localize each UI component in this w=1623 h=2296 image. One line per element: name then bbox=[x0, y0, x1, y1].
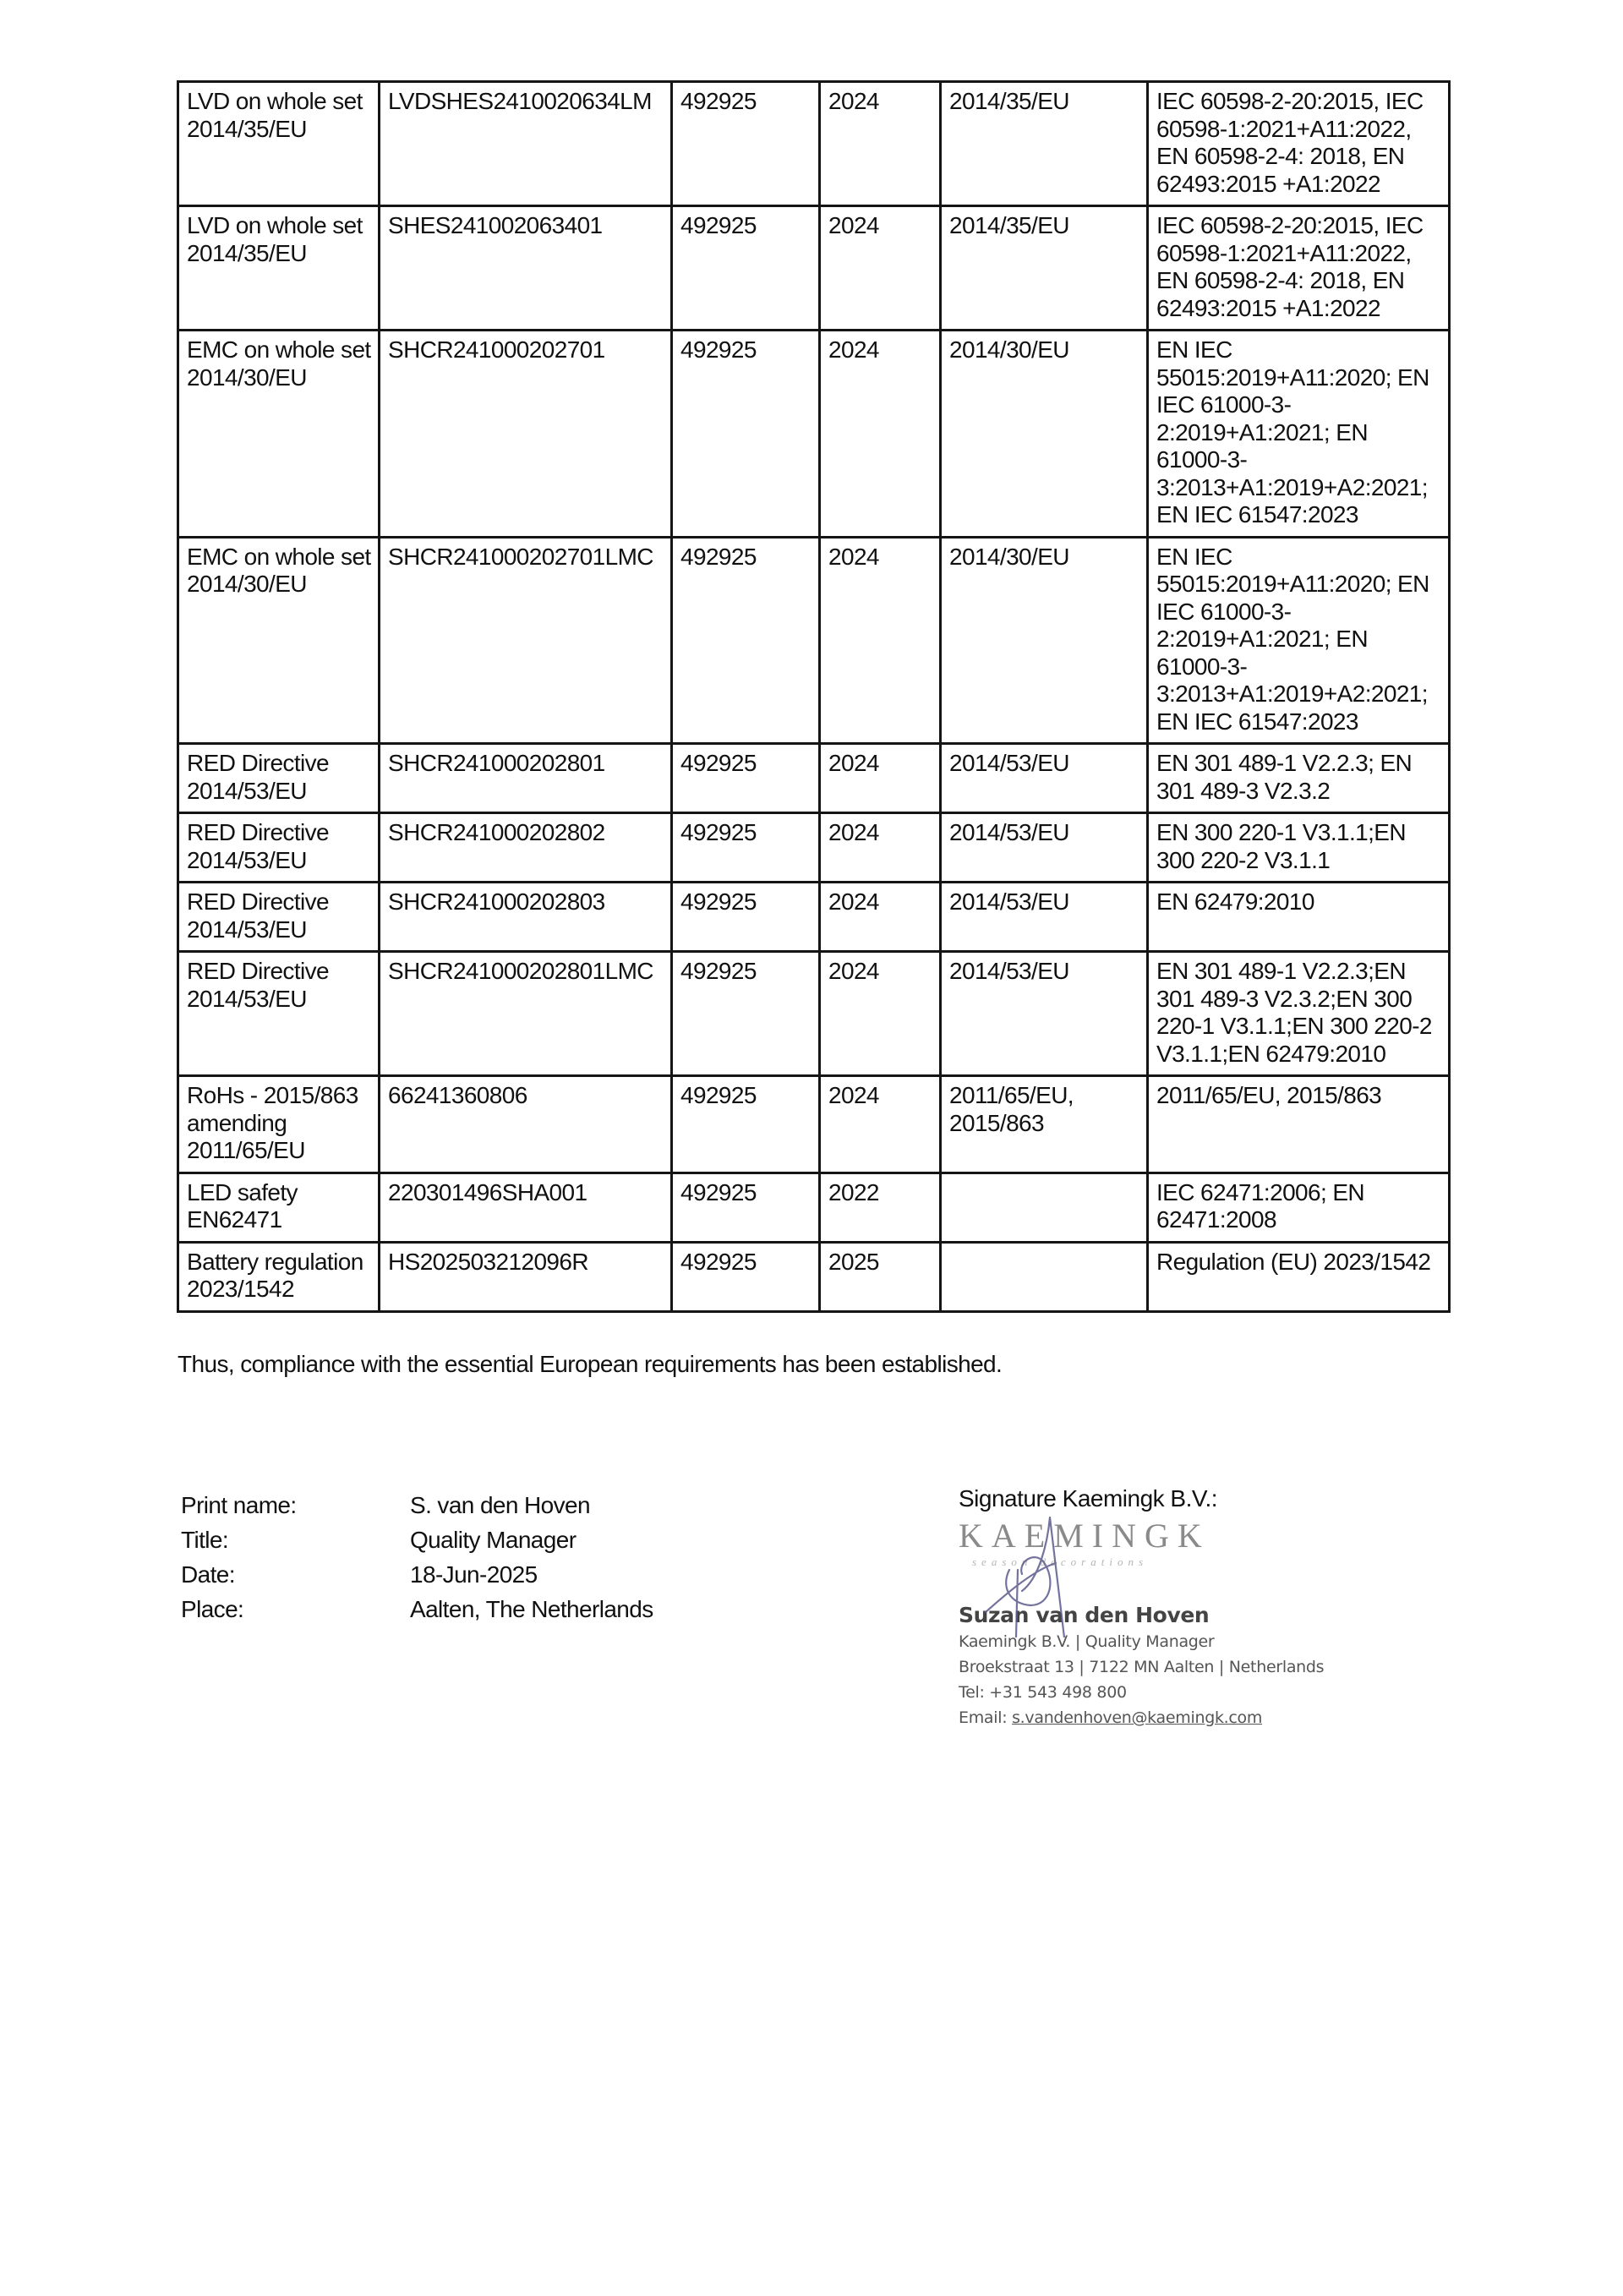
report-number-cell: SHCR241000202803 bbox=[380, 883, 672, 952]
signature-heading: Signature Kaemingk B.V.: bbox=[959, 1485, 1398, 1512]
year-cell: 2024 bbox=[820, 82, 941, 206]
title-row: Title: Quality Manager bbox=[181, 1527, 653, 1561]
item-number-cell: 492925 bbox=[672, 82, 820, 206]
email-link[interactable]: s.vandenhoven@kaemingk.com bbox=[1012, 1708, 1262, 1727]
standards-cell: 2011/65/EU, 2015/863 bbox=[1148, 1076, 1450, 1173]
directive-cell: EMC on whole set 2014/30/EU bbox=[178, 537, 380, 744]
directive-cell: RED Directive 2014/53/EU bbox=[178, 813, 380, 883]
print-name-label: Print name: bbox=[181, 1492, 410, 1519]
item-number-cell: 492925 bbox=[672, 331, 820, 538]
standards-cell: EN 301 489-1 V2.2.3;EN 301 489-3 V2.3.2;… bbox=[1148, 952, 1450, 1076]
standards-cell: IEC 60598-2-20:2015, IEC 60598-1:2021+A1… bbox=[1148, 206, 1450, 331]
table-row: Battery regulation 2023/1542 HS202503212… bbox=[178, 1242, 1450, 1311]
email-label: Email: bbox=[959, 1708, 1012, 1727]
item-number-cell: 492925 bbox=[672, 883, 820, 952]
regulation-cell: 2014/30/EU bbox=[941, 537, 1148, 744]
standards-cell: Regulation (EU) 2023/1542 bbox=[1148, 1242, 1450, 1311]
table-row: LED safety EN62471 220301496SHA001 49292… bbox=[178, 1173, 1450, 1242]
company-logo: KAEMINGK bbox=[959, 1517, 1398, 1555]
report-number-cell: SHCR241000202701LMC bbox=[380, 537, 672, 744]
signer-address: Broekstraat 13 | 7122 MN Aalten | Nether… bbox=[959, 1654, 1398, 1680]
regulation-cell bbox=[941, 1242, 1148, 1311]
report-number-cell: 220301496SHA001 bbox=[380, 1173, 672, 1242]
report-number-cell: HS202503212096R bbox=[380, 1242, 672, 1311]
year-cell: 2024 bbox=[820, 537, 941, 744]
standards-cell: EN 62479:2010 bbox=[1148, 883, 1450, 952]
item-number-cell: 492925 bbox=[672, 744, 820, 813]
regulation-cell: 2014/53/EU bbox=[941, 744, 1148, 813]
standards-cell: IEC 62471:2006; EN 62471:2008 bbox=[1148, 1173, 1450, 1242]
year-cell: 2025 bbox=[820, 1242, 941, 1311]
signer-phone: Tel: +31 543 498 800 bbox=[959, 1680, 1398, 1705]
directive-cell: EMC on whole set 2014/30/EU bbox=[178, 331, 380, 538]
table-row: RED Directive 2014/53/EU SHCR24100020280… bbox=[178, 813, 1450, 883]
standards-cell: IEC 60598-2-20:2015, IEC 60598-1:2021+A1… bbox=[1148, 82, 1450, 206]
place-row: Place: Aalten, The Netherlands bbox=[181, 1596, 653, 1631]
item-number-cell: 492925 bbox=[672, 537, 820, 744]
report-number-cell: SHES241002063401 bbox=[380, 206, 672, 331]
item-number-cell: 492925 bbox=[672, 813, 820, 883]
regulation-cell: 2011/65/EU, 2015/863 bbox=[941, 1076, 1148, 1173]
table-row: RED Directive 2014/53/EU SHCR24100020280… bbox=[178, 744, 1450, 813]
table-row: EMC on whole set 2014/30/EU SHCR24100020… bbox=[178, 331, 1450, 538]
year-cell: 2024 bbox=[820, 952, 941, 1076]
year-cell: 2024 bbox=[820, 206, 941, 331]
compliance-statement: Thus, compliance with the essential Euro… bbox=[178, 1351, 1002, 1378]
regulation-cell bbox=[941, 1173, 1148, 1242]
standards-cell: EN IEC 55015:2019+A11:2020; EN IEC 61000… bbox=[1148, 331, 1450, 538]
place-value: Aalten, The Netherlands bbox=[410, 1596, 653, 1623]
directive-cell: Battery regulation 2023/1542 bbox=[178, 1242, 380, 1311]
signer-name: Suzan van den Hoven bbox=[959, 1602, 1398, 1629]
company-logo-tagline: season decorations bbox=[972, 1555, 1398, 1570]
signer-email-row: Email: s.vandenhoven@kaemingk.com bbox=[959, 1705, 1398, 1730]
title-value: Quality Manager bbox=[410, 1527, 576, 1554]
report-number-cell: SHCR241000202801LMC bbox=[380, 952, 672, 1076]
directive-cell: RED Directive 2014/53/EU bbox=[178, 883, 380, 952]
directive-cell: RED Directive 2014/53/EU bbox=[178, 744, 380, 813]
directive-cell: RoHs - 2015/863 amending 2011/65/EU bbox=[178, 1076, 380, 1173]
regulation-cell: 2014/35/EU bbox=[941, 206, 1148, 331]
print-name-row: Print name: S. van den Hoven bbox=[181, 1492, 653, 1527]
report-number-cell: SHCR241000202701 bbox=[380, 331, 672, 538]
directive-cell: LED safety EN62471 bbox=[178, 1173, 380, 1242]
report-number-cell: LVDSHES2410020634LM bbox=[380, 82, 672, 206]
regulation-cell: 2014/53/EU bbox=[941, 952, 1148, 1076]
year-cell: 2024 bbox=[820, 1076, 941, 1173]
signer-company-role: Kaemingk B.V. | Quality Manager bbox=[959, 1629, 1398, 1654]
report-number-cell: SHCR241000202801 bbox=[380, 744, 672, 813]
table-row: RED Directive 2014/53/EU SHCR24100020280… bbox=[178, 883, 1450, 952]
table-row: RoHs - 2015/863 amending 2011/65/EU 6624… bbox=[178, 1076, 1450, 1173]
standards-cell: EN 300 220-1 V3.1.1;EN 300 220-2 V3.1.1 bbox=[1148, 813, 1450, 883]
print-name-value: S. van den Hoven bbox=[410, 1492, 590, 1519]
date-row: Date: 18-Jun-2025 bbox=[181, 1561, 653, 1596]
report-number-cell: SHCR241000202802 bbox=[380, 813, 672, 883]
certificate-table-body: LVD on whole set 2014/35/EU LVDSHES24100… bbox=[178, 82, 1450, 1312]
signatory-info: Print name: S. van den Hoven Title: Qual… bbox=[181, 1492, 653, 1631]
table-row: LVD on whole set 2014/35/EU SHES24100206… bbox=[178, 206, 1450, 331]
item-number-cell: 492925 bbox=[672, 1242, 820, 1311]
year-cell: 2022 bbox=[820, 1173, 941, 1242]
directive-cell: LVD on whole set 2014/35/EU bbox=[178, 206, 380, 331]
year-cell: 2024 bbox=[820, 813, 941, 883]
standards-cell: EN IEC 55015:2019+A11:2020; EN IEC 61000… bbox=[1148, 537, 1450, 744]
title-label: Title: bbox=[181, 1527, 410, 1554]
standards-cell: EN 301 489-1 V2.2.3; EN 301 489-3 V2.3.2 bbox=[1148, 744, 1450, 813]
date-label: Date: bbox=[181, 1561, 410, 1588]
place-label: Place: bbox=[181, 1596, 410, 1623]
report-number-cell: 66241360806 bbox=[380, 1076, 672, 1173]
table-row: EMC on whole set 2014/30/EU SHCR24100020… bbox=[178, 537, 1450, 744]
year-cell: 2024 bbox=[820, 744, 941, 813]
item-number-cell: 492925 bbox=[672, 952, 820, 1076]
regulation-cell: 2014/30/EU bbox=[941, 331, 1148, 538]
item-number-cell: 492925 bbox=[672, 1076, 820, 1173]
certificate-table: LVD on whole set 2014/35/EU LVDSHES24100… bbox=[177, 80, 1451, 1313]
signature-block: Signature Kaemingk B.V.: KAEMINGK season… bbox=[959, 1485, 1398, 1730]
directive-cell: RED Directive 2014/53/EU bbox=[178, 952, 380, 1076]
regulation-cell: 2014/53/EU bbox=[941, 813, 1148, 883]
table-row: LVD on whole set 2014/35/EU LVDSHES24100… bbox=[178, 82, 1450, 206]
item-number-cell: 492925 bbox=[672, 1173, 820, 1242]
directive-cell: LVD on whole set 2014/35/EU bbox=[178, 82, 380, 206]
item-number-cell: 492925 bbox=[672, 206, 820, 331]
regulation-cell: 2014/53/EU bbox=[941, 883, 1148, 952]
regulation-cell: 2014/35/EU bbox=[941, 82, 1148, 206]
declaration-page: LVD on whole set 2014/35/EU LVDSHES24100… bbox=[0, 0, 1623, 2296]
date-value: 18-Jun-2025 bbox=[410, 1561, 538, 1588]
year-cell: 2024 bbox=[820, 883, 941, 952]
table-row: RED Directive 2014/53/EU SHCR24100020280… bbox=[178, 952, 1450, 1076]
year-cell: 2024 bbox=[820, 331, 941, 538]
